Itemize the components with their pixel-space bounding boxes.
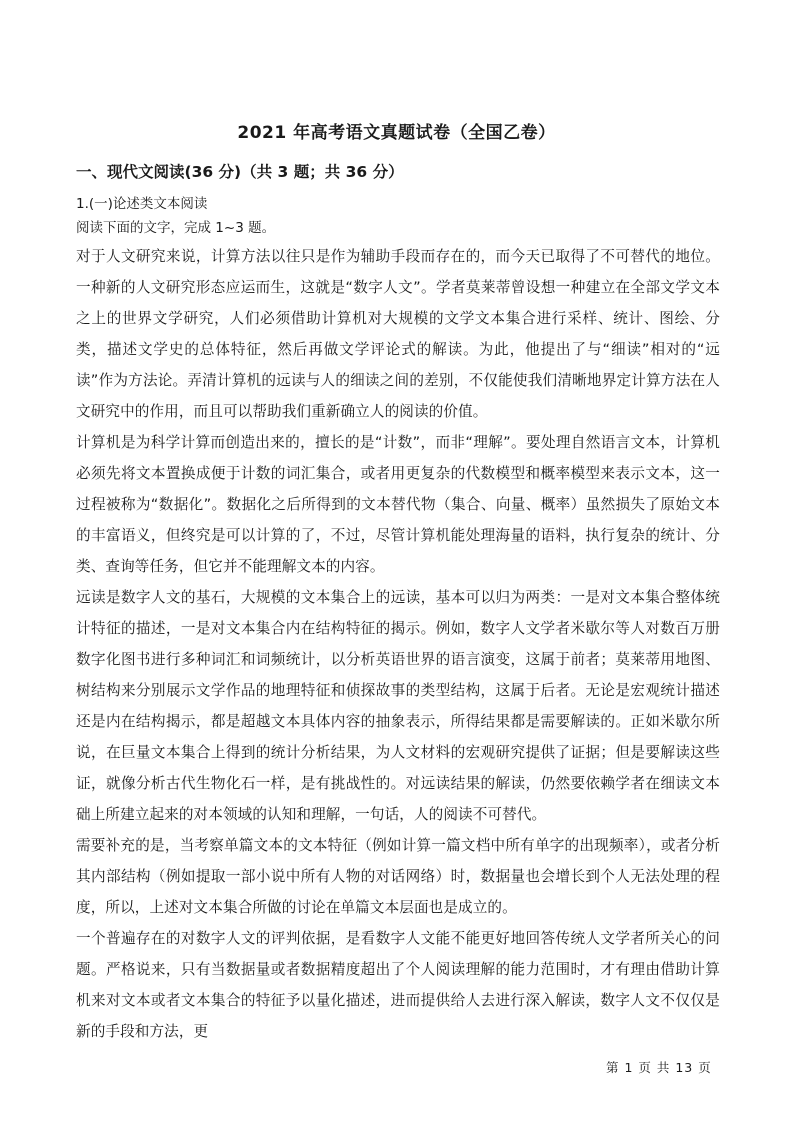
paragraph: 需要补充的是，当考察单篇文本的文本特征（例如计算一篇文档中所有单字的出现频率），… bbox=[76, 830, 720, 923]
reading-instruction: 阅读下面的文字，完成 1~3 题。 bbox=[76, 216, 275, 236]
question-item-label: 1.(一)论述类文本阅读 bbox=[76, 192, 207, 212]
exam-title: 2021 年高考语文真题试卷（全国乙卷） bbox=[0, 118, 793, 143]
paragraph: 远读是数字人文的基石，大规模的文本集合上的远读，基本可以归为两类：一是对文本集合… bbox=[76, 582, 720, 830]
paragraph: 对于人文研究来说，计算方法以往只是作为辅助手段而存在的，而今天已取得了不可替代的… bbox=[76, 241, 720, 427]
paragraph: 计算机是为科学计算而创造出来的，擅长的是“计数”，而非“理解”。要处理自然语言文… bbox=[76, 427, 720, 582]
page-number: 第 1 页 共 13 页 bbox=[606, 1058, 712, 1076]
section-heading: 一、现代文阅读(36 分)（共 3 题；共 36 分） bbox=[76, 160, 404, 182]
paragraph: 一个普遍存在的对数字人文的评判依据，是看数字人文能不能更好地回答传统人文学者所关… bbox=[76, 923, 720, 1047]
document-page: 2021 年高考语文真题试卷（全国乙卷） 一、现代文阅读(36 分)（共 3 题… bbox=[0, 0, 793, 1122]
passage-body: 对于人文研究来说，计算方法以往只是作为辅助手段而存在的，而今天已取得了不可替代的… bbox=[76, 241, 720, 1047]
